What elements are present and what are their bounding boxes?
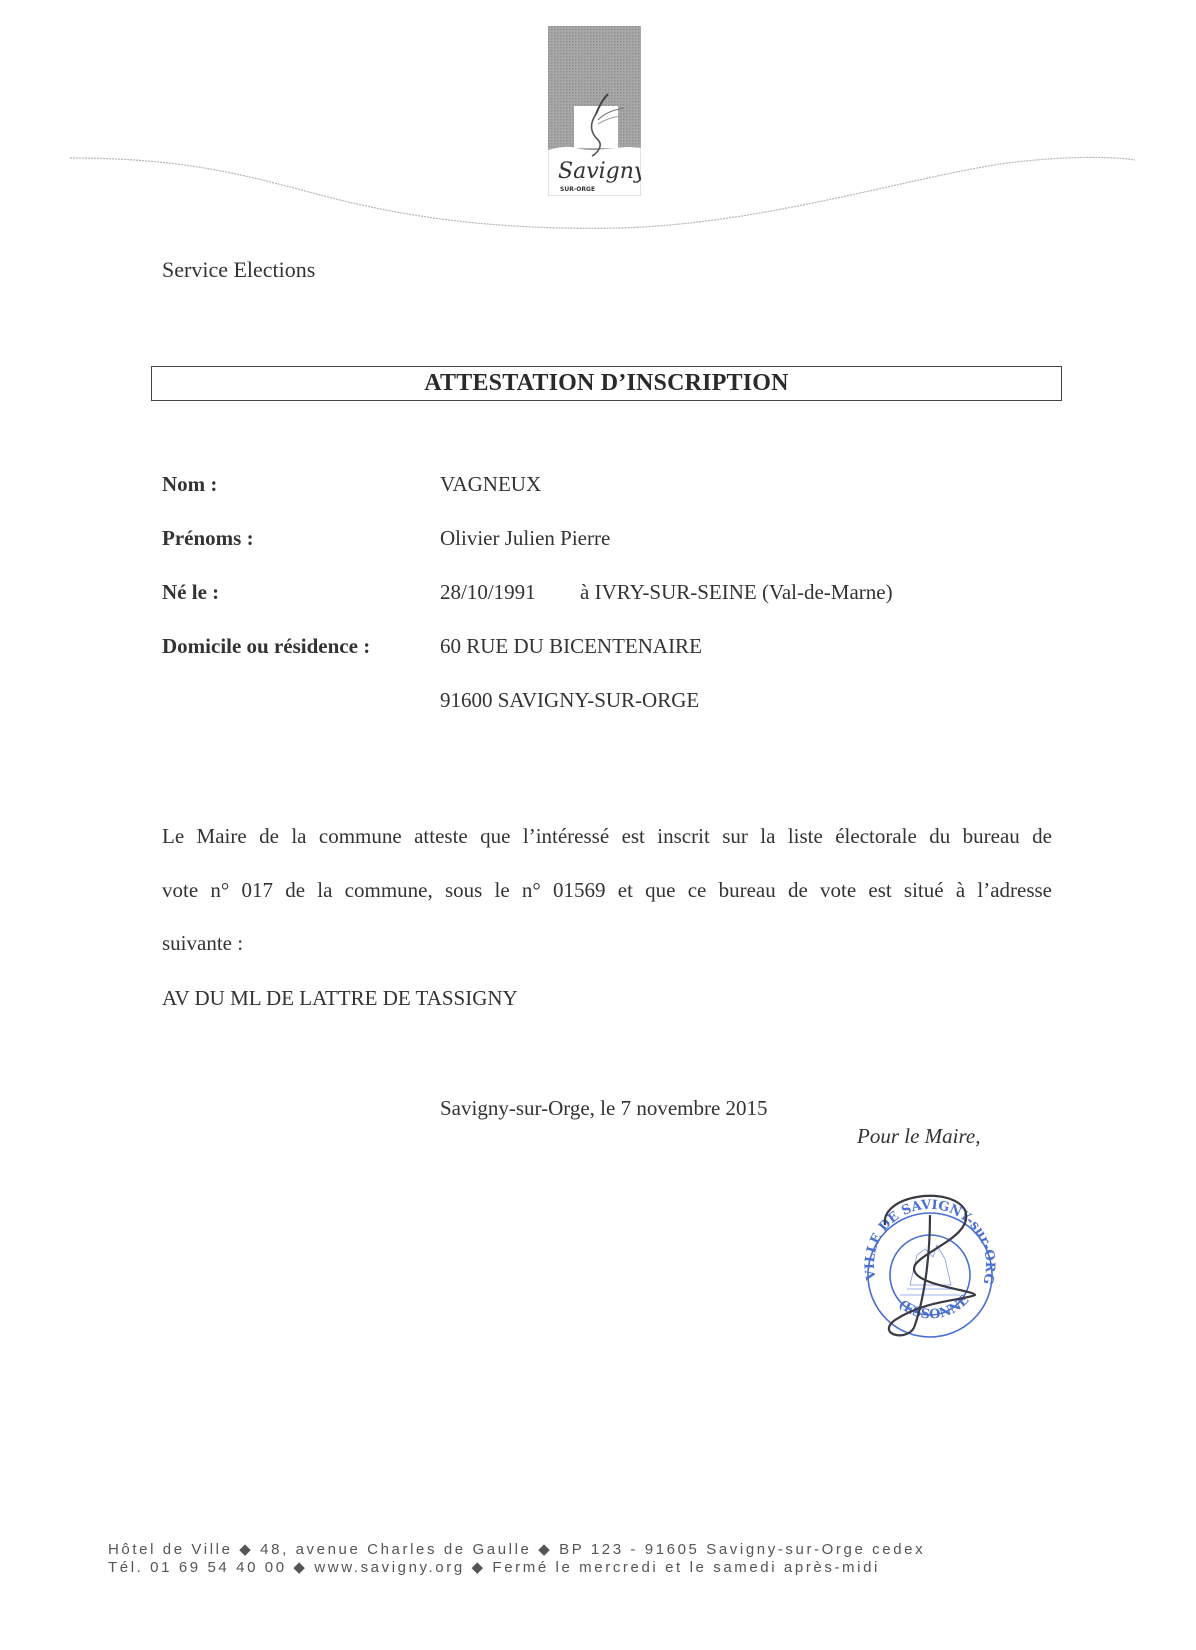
document-title: ATTESTATION D’INSCRIPTION [424, 370, 788, 397]
document-title-box: ATTESTATION D’INSCRIPTION [151, 366, 1062, 401]
prenoms-value: Olivier Julien Pierre [440, 526, 610, 551]
birth-date: 28/10/1991 [440, 580, 536, 605]
body-line-3: suivante : [162, 931, 243, 956]
body-line-1: Le Maire de la commune atteste que l’int… [162, 824, 1052, 849]
domicile-line2: 91600 SAVIGNY-SUR-ORGE [440, 688, 699, 713]
footer-contact: Tél. 01 69 54 40 00 ◆ www.savigny.org ◆ … [108, 1558, 880, 1576]
footer-address: Hôtel de Ville ◆ 48, avenue Charles de G… [108, 1540, 925, 1558]
place-date: Savigny-sur-Orge, le 7 novembre 2015 [440, 1096, 768, 1121]
polling-address: AV DU ML DE LATTRE DE TASSIGNY [162, 986, 518, 1011]
decorative-wave [0, 140, 1196, 240]
body-line-2: vote n° 017 de la commune, sous le n° 01… [162, 878, 1052, 903]
birth-label: Né le : [162, 580, 219, 605]
nom-label: Nom : [162, 472, 217, 497]
prenoms-label: Prénoms : [162, 526, 254, 551]
domicile-line1: 60 RUE DU BICENTENAIRE [440, 634, 702, 659]
official-seal-with-signature-icon: VILLE DE SAVIGNY-sur-ORGE (ESSONNE) [855, 1185, 1005, 1345]
service-name: Service Elections [162, 257, 315, 283]
birth-place: à IVRY-SUR-SEINE (Val-de-Marne) [580, 580, 893, 605]
domicile-label: Domicile ou résidence : [162, 634, 370, 659]
nom-value: VAGNEUX [440, 472, 541, 497]
for-mayor: Pour le Maire, [857, 1124, 980, 1149]
